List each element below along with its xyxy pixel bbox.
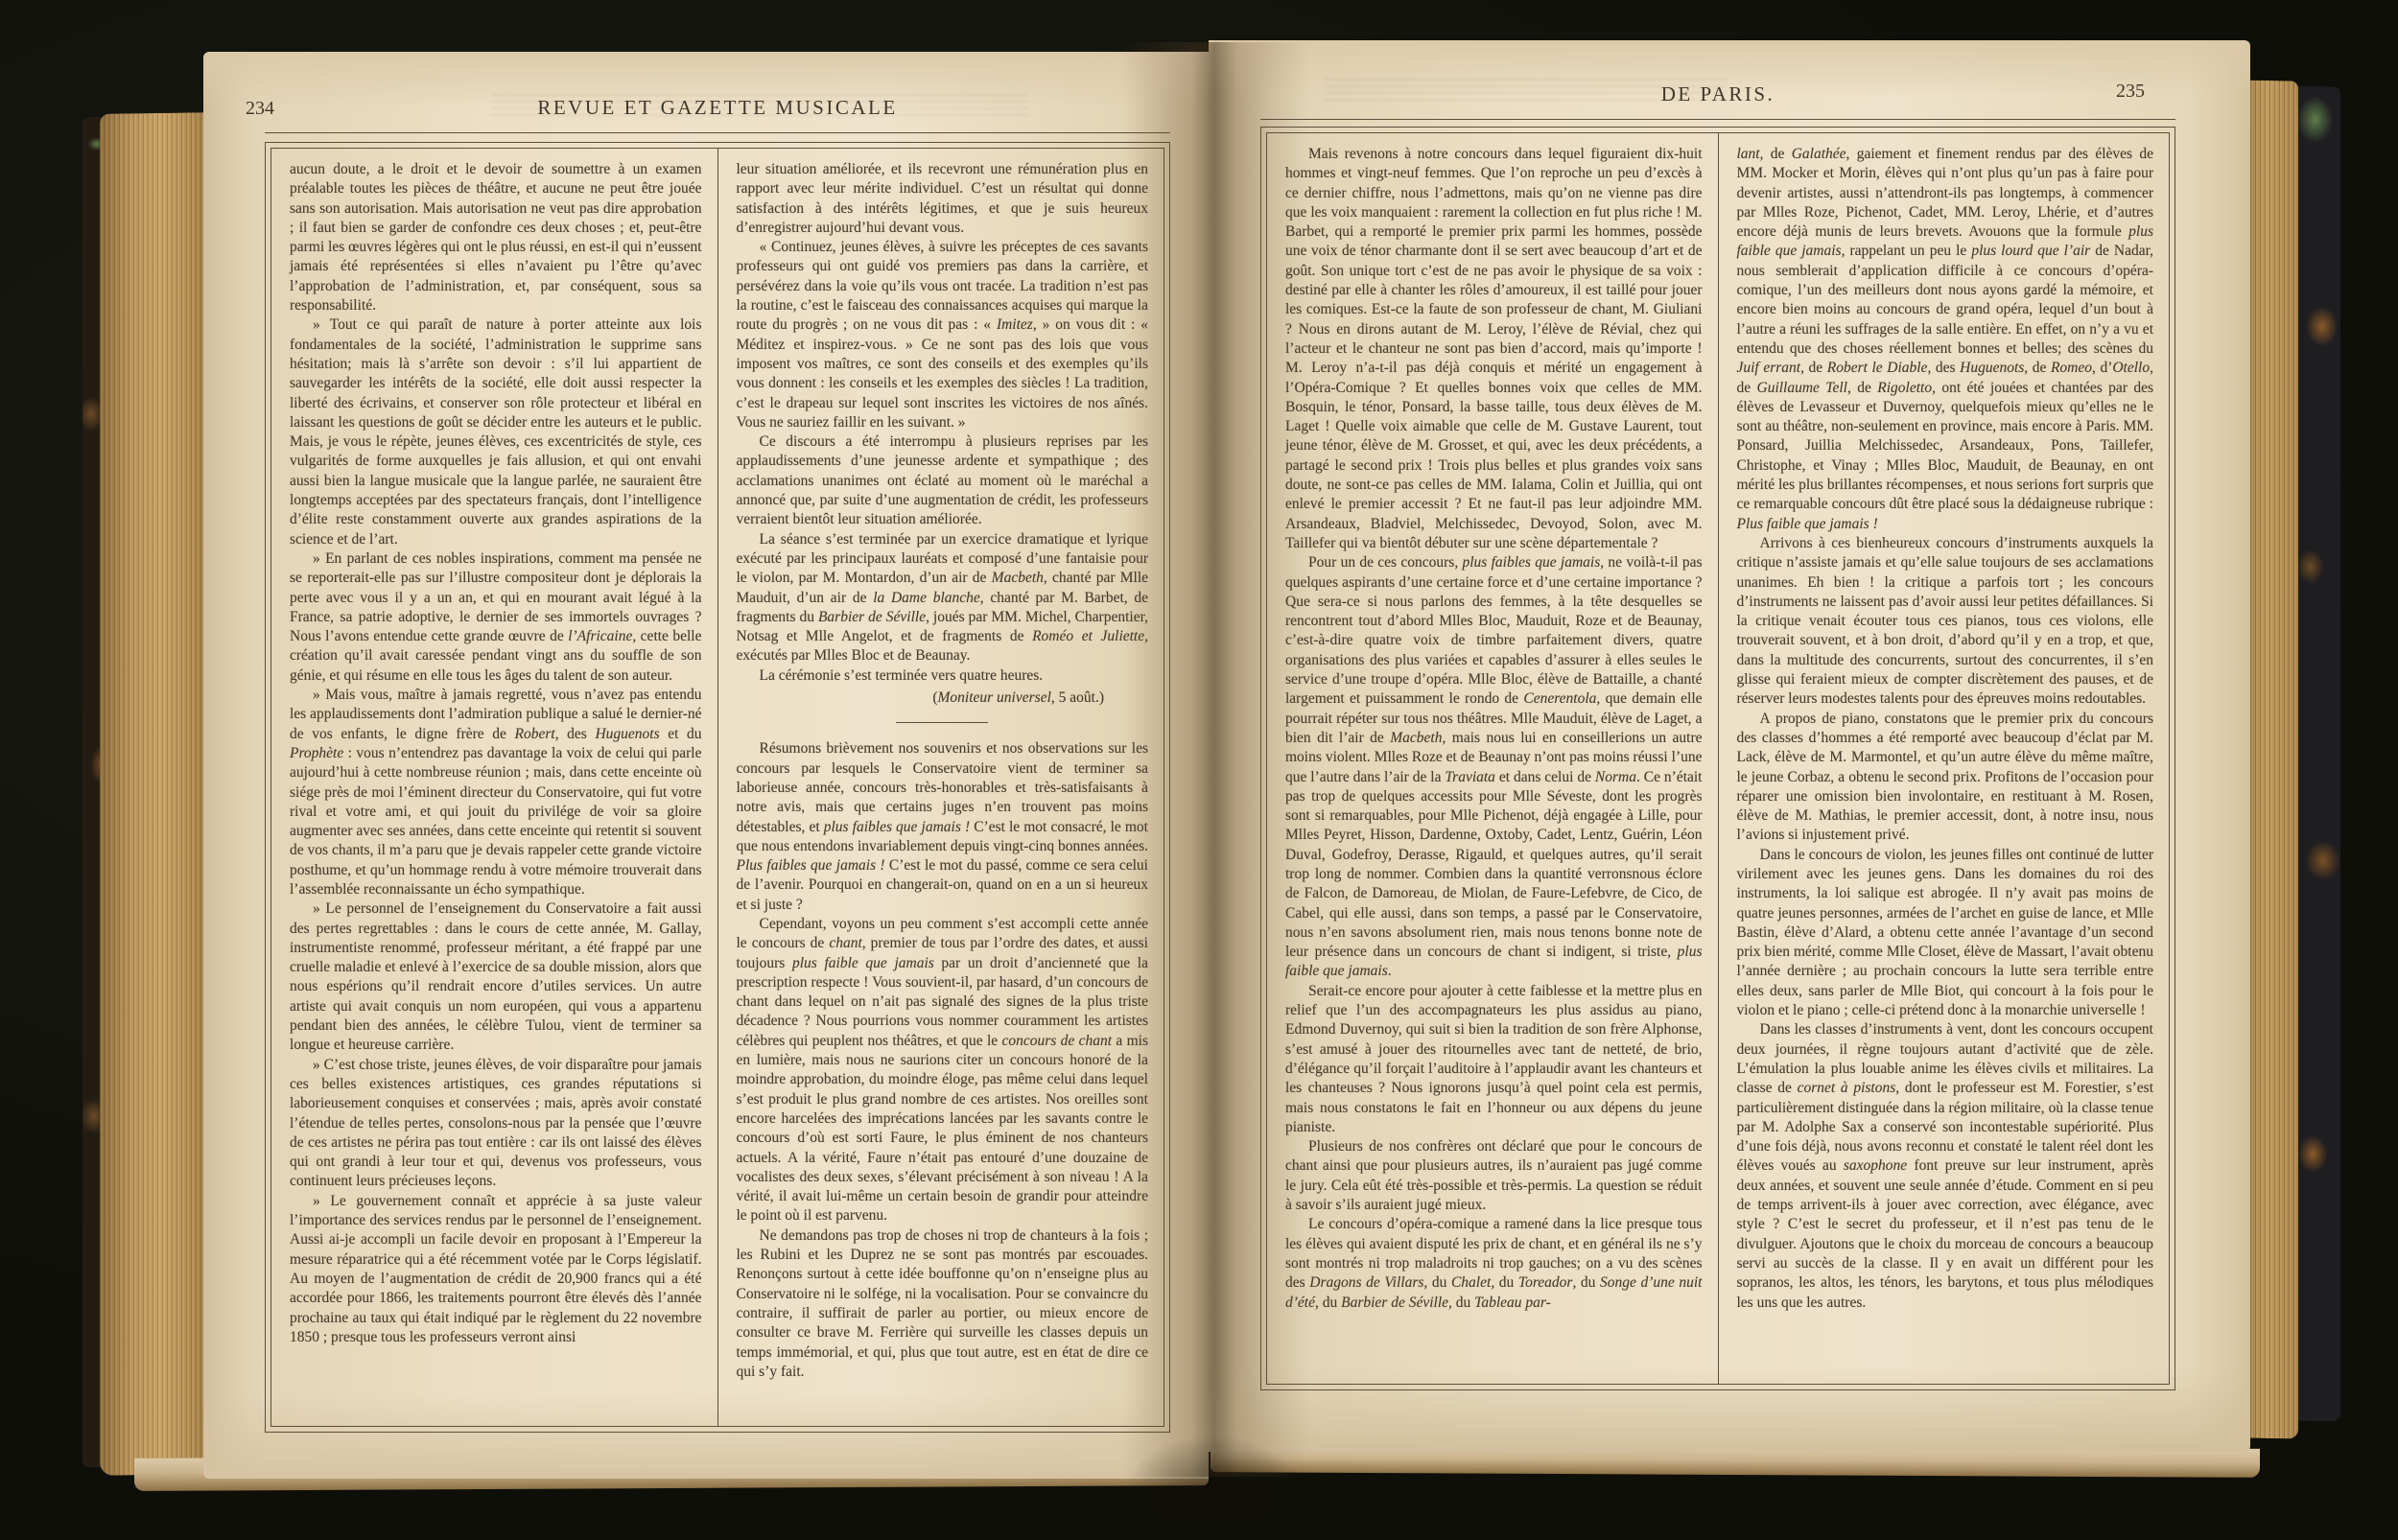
paragraph: Pour un de ces concours, plus faibles qu… [1285, 553, 1703, 982]
paragraph: Plusieurs de nos confrères ont déclaré q… [1285, 1137, 1703, 1215]
paragraph: Ce discours a été interrompu à plusieurs… [737, 432, 1149, 529]
book-cover-right-edge [2294, 86, 2340, 1422]
paragraph: aucun doute, a le droit et le devoir de … [290, 160, 702, 315]
paragraph: » En parlant de ces nobles inspirations,… [290, 549, 702, 686]
paragraph: Dans les classes d’instruments à vent, d… [1737, 1020, 2154, 1312]
paragraph: Arrivons à ces bienheureux concours d’in… [1737, 534, 2154, 710]
paragraph: Cependant, voyons un peu comment s’est a… [737, 915, 1149, 1226]
paragraph: Résumons brièvement nos souvenirs et nos… [737, 739, 1149, 915]
text-block-frame-inner: aucun doute, a le droit et le devoir de … [270, 148, 1164, 1427]
left-page: 234 REVUE ET GAZETTE MUSICALE aucun dout… [203, 52, 1209, 1479]
paragraph: Dans le concours de violon, les jeunes f… [1737, 846, 2154, 1021]
paragraph: La cérémonie s’est terminée vers quatre … [737, 666, 1149, 686]
source-byline: (Moniteur universel, 5 août.) [737, 688, 1149, 708]
paragraph: » Tout ce qui paraît de nature à porter … [290, 315, 702, 549]
paragraph: » Mais vous, maître à jamais regretté, v… [290, 686, 702, 899]
paragraph: lant, de Galathée, gaiement et finement … [1737, 145, 2154, 534]
running-title: REVUE ET GAZETTE MUSICALE [265, 96, 1170, 120]
header-rule [1260, 119, 2175, 120]
page-number: 235 [2116, 81, 2145, 103]
paragraph: » C’est chose triste, jeunes élèves, de … [290, 1056, 702, 1192]
paragraph: Le concours d’opéra-comique a ramené dan… [1285, 1215, 1703, 1312]
right-page-column-2: lant, de Galathée, gaiement et finement … [1718, 133, 2170, 1384]
page-stack-left-fore-edge [100, 112, 213, 1476]
paragraph: « Continuez, jeunes élèves, à suivre les… [737, 238, 1149, 432]
paragraph: Serait-ce encore pour ajouter à cette fa… [1285, 982, 1703, 1137]
text-block-frame: aucun doute, a le droit et le devoir de … [265, 142, 1170, 1433]
right-page: DE PARIS. 235 Mais revenons à notre conc… [1209, 40, 2250, 1452]
paragraph: Mais revenons à notre concours dans lequ… [1285, 145, 1703, 553]
text-block-frame-inner: Mais revenons à notre concours dans lequ… [1266, 132, 2170, 1385]
paragraph: La séance s’est terminée par un exercice… [737, 530, 1149, 666]
running-title: DE PARIS. [1260, 82, 2175, 106]
left-page-column-1: aucun doute, a le droit et le devoir de … [271, 149, 717, 1426]
paragraph: leur situation améliorée, et ils recevro… [737, 160, 1149, 238]
section-separator-rule [896, 722, 988, 723]
left-page-column-2: leur situation améliorée, et ils recevro… [717, 149, 1164, 1426]
text-block-frame: Mais revenons à notre concours dans lequ… [1260, 127, 2175, 1390]
right-page-column-1: Mais revenons à notre concours dans lequ… [1267, 133, 1718, 1384]
book-spread: 234 REVUE ET GAZETTE MUSICALE aucun dout… [0, 0, 2398, 1540]
paragraph: » Le personnel de l’enseignement du Cons… [290, 899, 702, 1055]
paragraph: Ne demandons pas trop de choses ni trop … [737, 1226, 1149, 1382]
header-rule [265, 132, 1170, 133]
paragraph: » Le gouvernement connaît et apprécie à … [290, 1192, 702, 1347]
paragraph: A propos de piano, constatons que le pre… [1737, 710, 2154, 846]
